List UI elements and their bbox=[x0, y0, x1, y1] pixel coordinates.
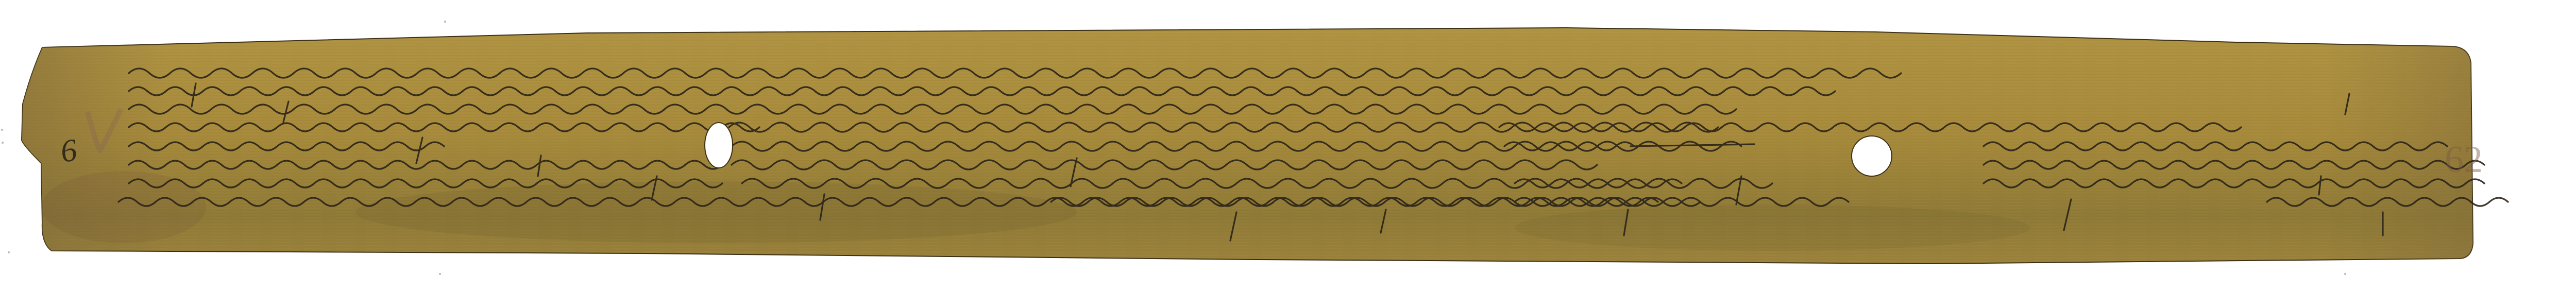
binding-hole-right bbox=[1852, 136, 1892, 176]
leaf-number-marking: 62 bbox=[2445, 138, 2483, 182]
scan-speck bbox=[2344, 273, 2346, 275]
palm-leaf-graphic bbox=[21, 27, 2576, 269]
scan-speck bbox=[2, 142, 4, 144]
scan-speck bbox=[1, 129, 3, 131]
scan-speck bbox=[439, 273, 441, 275]
scan-speck bbox=[444, 21, 446, 23]
scan-speck bbox=[8, 251, 10, 253]
binding-hole-left bbox=[705, 123, 733, 168]
palm-leaf-manuscript bbox=[21, 27, 2576, 269]
